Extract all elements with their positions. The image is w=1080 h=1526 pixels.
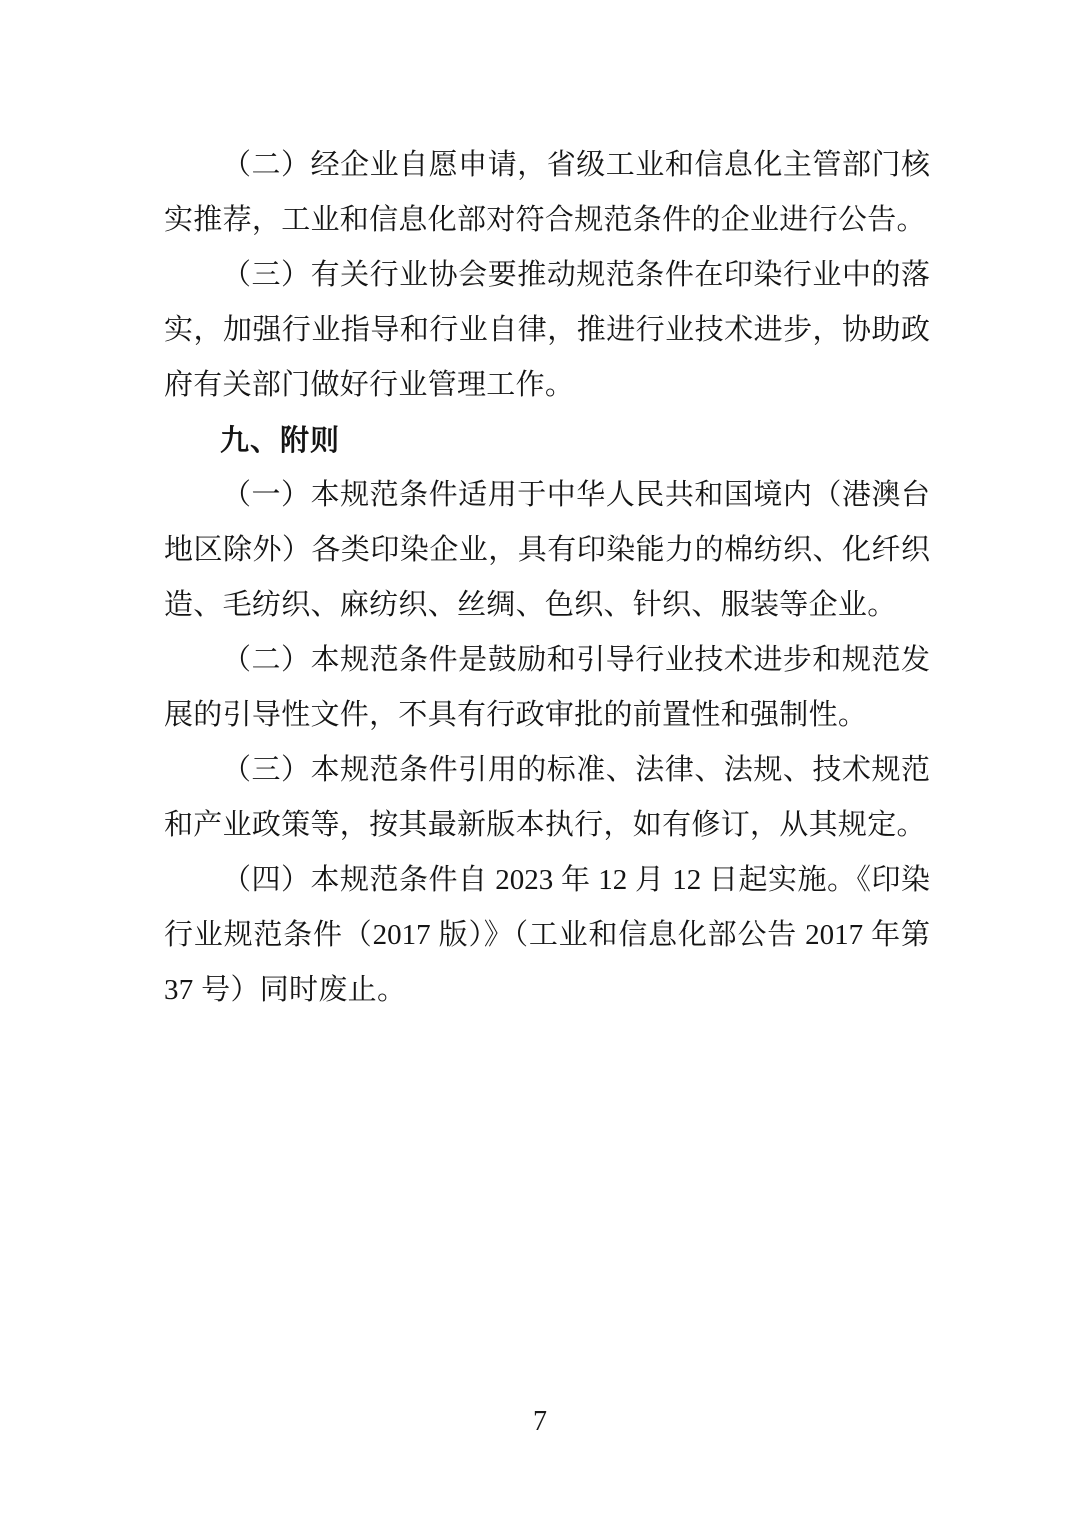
section-heading: 九、附则	[164, 413, 930, 468]
text-line: （三）本规范条件引用的标准、法律、法规、技术规范	[164, 743, 930, 798]
text-line: 和产业政策等，按其最新版本执行，如有修订，从其规定。	[164, 798, 930, 853]
text-line: 实，加强行业指导和行业自律，推进行业技术进步，协助政	[164, 303, 930, 358]
text-line: 造、毛纺织、麻纺织、丝绸、色织、针织、服装等企业。	[164, 578, 930, 633]
text-line: （二）经企业自愿申请，省级工业和信息化主管部门核	[164, 138, 930, 193]
document-page: （二）经企业自愿申请，省级工业和信息化主管部门核 实推荐，工业和信息化部对符合规…	[0, 0, 1080, 1526]
document-body: （二）经企业自愿申请，省级工业和信息化主管部门核 实推荐，工业和信息化部对符合规…	[164, 138, 930, 1018]
text-line: （四）本规范条件自 2023 年 12 月 12 日起实施。《印染	[164, 853, 930, 908]
text-line: 37 号）同时废止。	[164, 963, 930, 1018]
page-number: 7	[0, 1402, 1080, 1442]
text-line: （一）本规范条件适用于中华人民共和国境内（港澳台	[164, 468, 930, 523]
text-line: 府有关部门做好行业管理工作。	[164, 358, 930, 413]
text-line: 实推荐，工业和信息化部对符合规范条件的企业进行公告。	[164, 193, 930, 248]
text-line: （二）本规范条件是鼓励和引导行业技术进步和规范发	[164, 633, 930, 688]
text-line: 行业规范条件（2017 版）》（工业和信息化部公告 2017 年第	[164, 908, 930, 963]
text-line: （三）有关行业协会要推动规范条件在印染行业中的落	[164, 248, 930, 303]
text-line: 地区除外）各类印染企业，具有印染能力的棉纺织、化纤织	[164, 523, 930, 578]
text-line: 展的引导性文件，不具有行政审批的前置性和强制性。	[164, 688, 930, 743]
